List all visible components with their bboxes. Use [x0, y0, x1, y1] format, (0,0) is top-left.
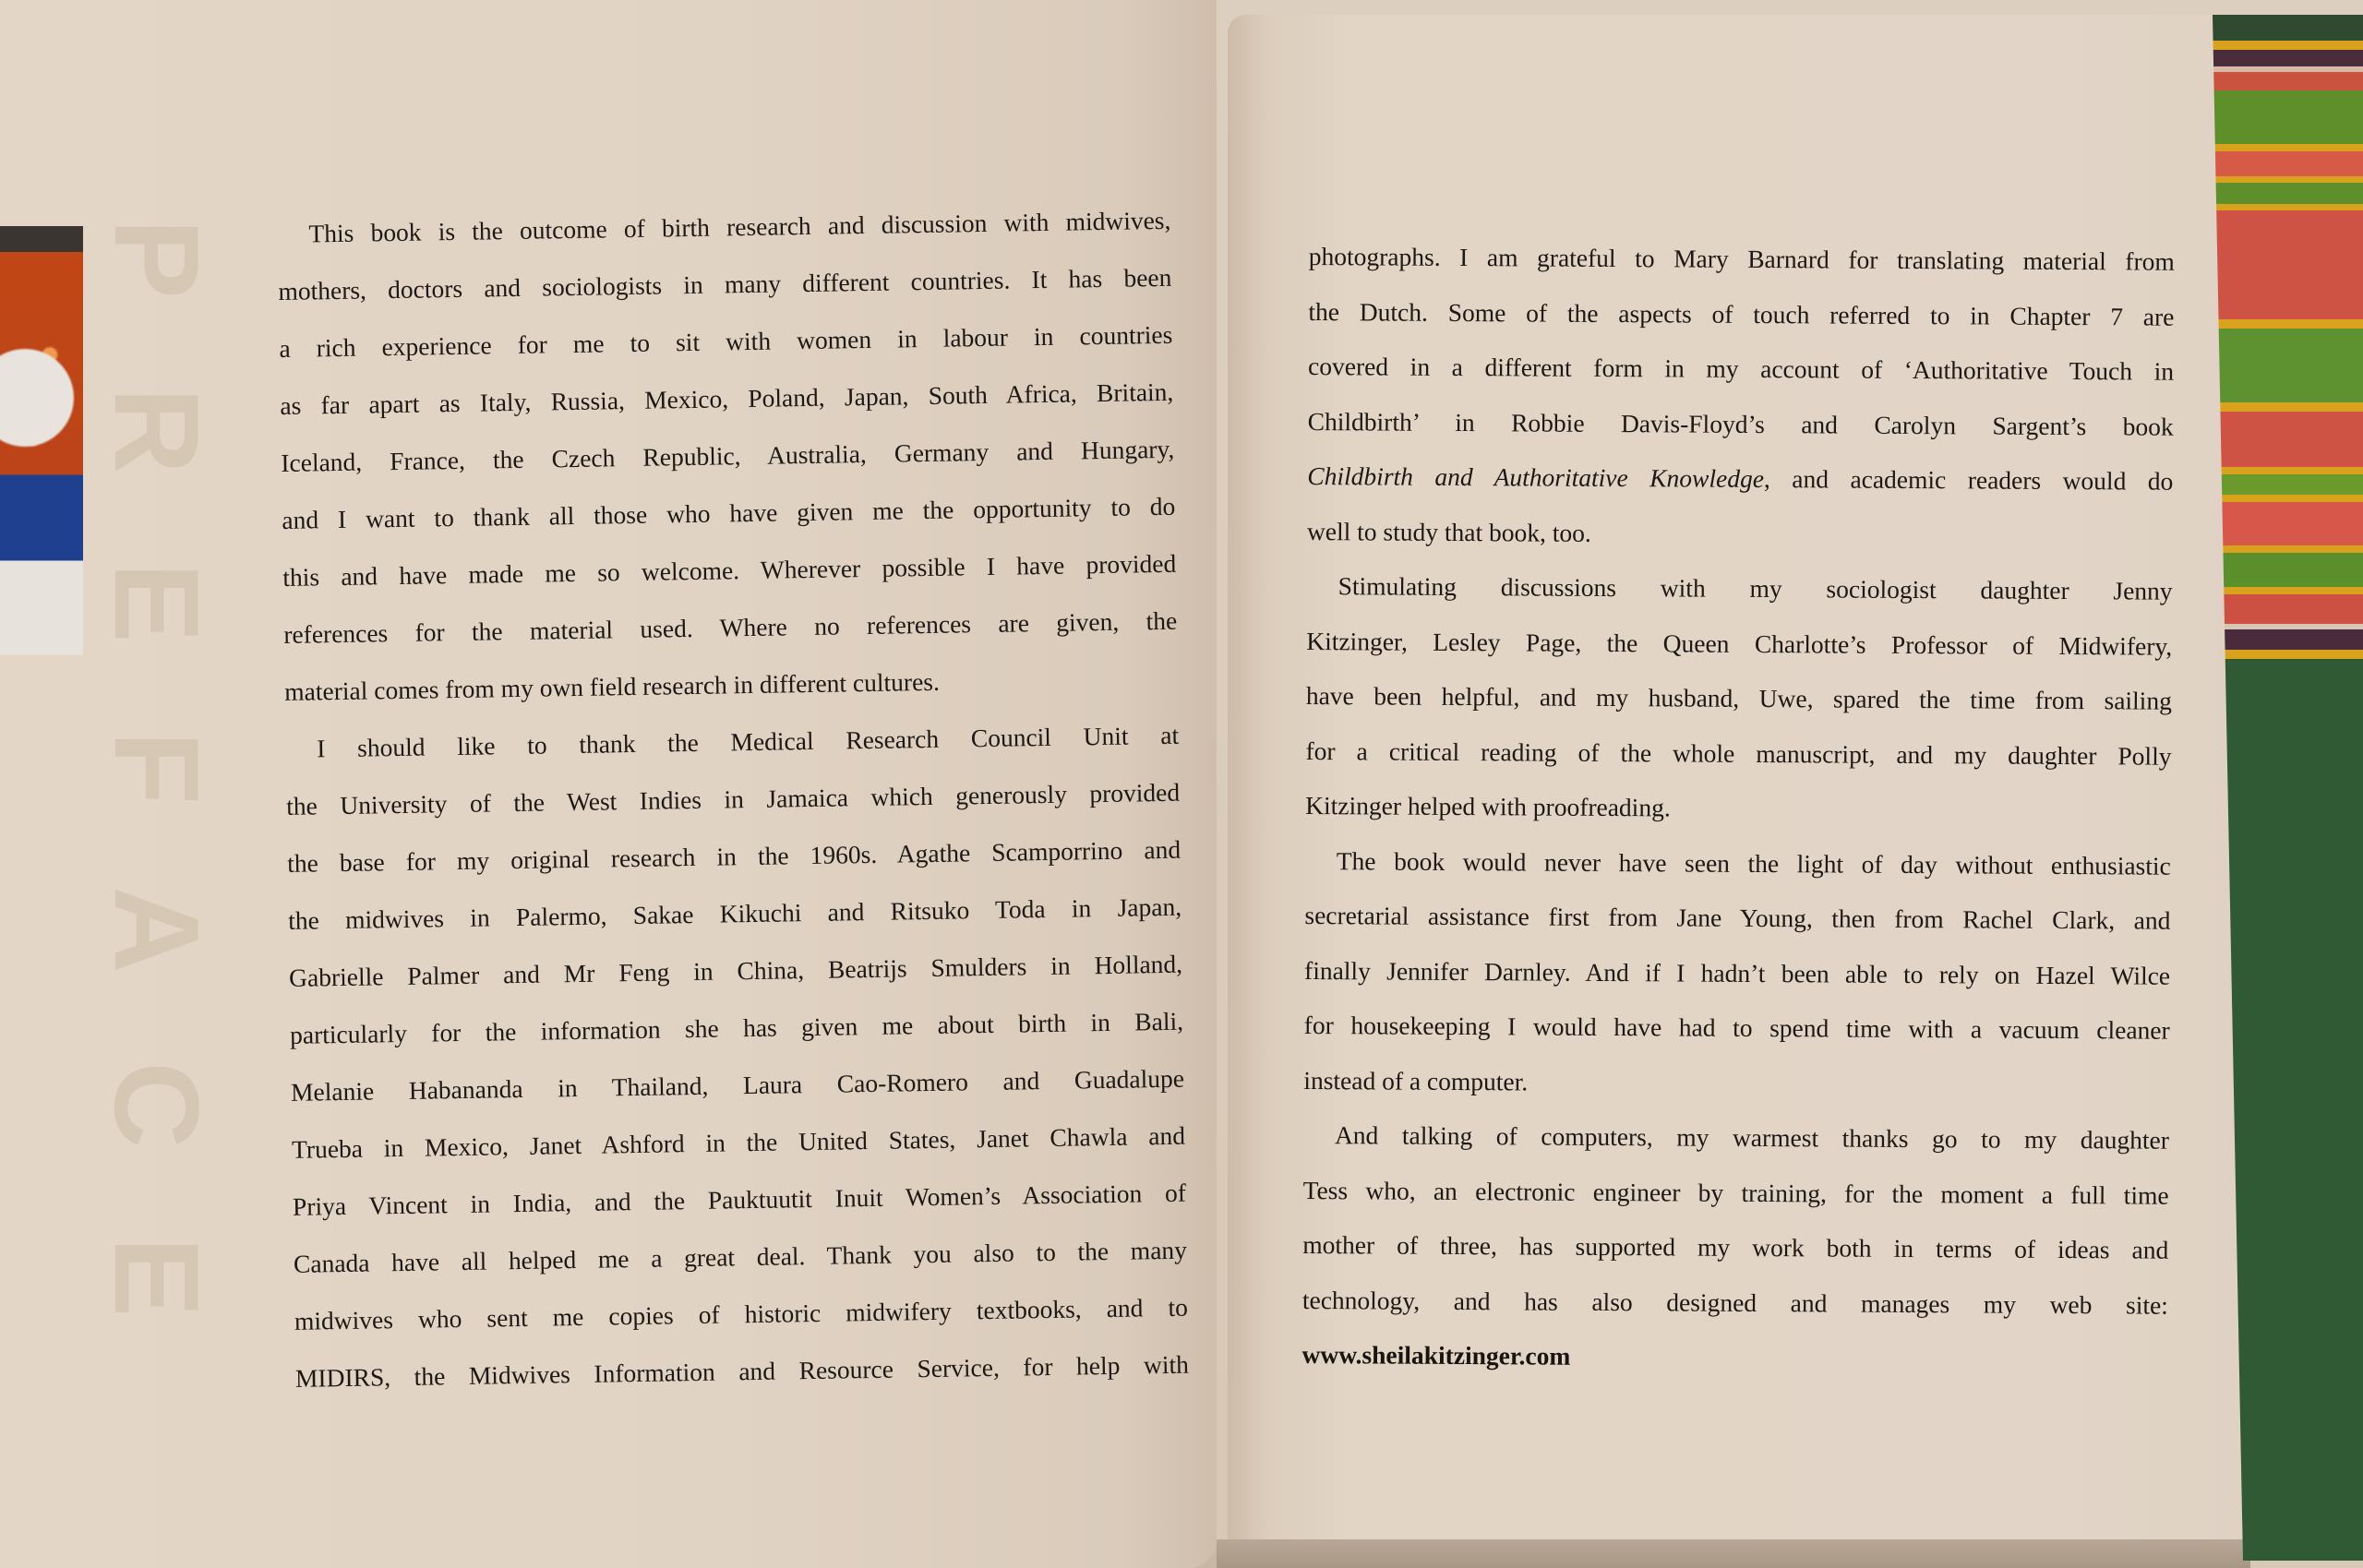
- page-bottom-edge: [1217, 1539, 2250, 1568]
- text-line: Childbirth’ in Robbie Davis-Floyd’s and …: [1308, 393, 2174, 453]
- book-title: Childbirth and Authoritative Knowledge: [1307, 461, 1764, 493]
- text-line: for housekeeping I would have had to spe…: [1304, 998, 2170, 1058]
- text-line: And talking of computers, my warmest tha…: [1303, 1107, 2169, 1167]
- website-link[interactable]: www.sheilakitzinger.com: [1301, 1340, 1570, 1371]
- right-page-text: photographs. I am grateful to Mary Barna…: [1301, 229, 2175, 1387]
- text-line: Tess who, an electronic engineer by trai…: [1302, 1162, 2168, 1222]
- preface-heading: PREFACE: [120, 226, 194, 1398]
- text-line: photographs. I am grateful to Mary Barna…: [1309, 229, 2175, 289]
- text-line: for a critical reading of the whole manu…: [1305, 723, 2171, 783]
- text-line: well to study that book, too.: [1307, 503, 2173, 563]
- text-line: Kitzinger, Lesley Page, the Queen Charlo…: [1306, 613, 2172, 673]
- text-line: secretarial assistance first from Jane Y…: [1304, 888, 2170, 948]
- text-line: covered in a different form in my accoun…: [1308, 339, 2174, 399]
- text-line: have been helpful, and my husband, Uwe, …: [1306, 668, 2172, 728]
- text-line: Stimulating discussions with my sociolog…: [1306, 558, 2172, 618]
- text-line: mother of three, has supported my work b…: [1302, 1217, 2168, 1277]
- manuscript-illustration: [0, 226, 83, 655]
- preface-heading-text: PREFACE: [88, 219, 226, 1406]
- text-line: instead of a computer.: [1303, 1052, 2169, 1112]
- text-line: technology, and has also designed and ma…: [1302, 1272, 2168, 1332]
- text-line: finally Jennifer Darnley. And if I hadn’…: [1304, 942, 2170, 1002]
- text-line: The book would never have seen the light…: [1305, 832, 2171, 892]
- text-line-with-title: Childbirth and Authoritative Knowledge, …: [1307, 449, 2173, 509]
- website-line: www.sheilakitzinger.com: [1301, 1327, 2167, 1387]
- text-line: Kitzinger helped with proofreading.: [1305, 778, 2171, 838]
- book-title-suffix: , and academic readers would do: [1764, 464, 2174, 496]
- left-page-text: This book is the outcome of birth resear…: [277, 192, 1189, 1407]
- text-line: the Dutch. Some of the aspects of touch …: [1308, 283, 2174, 343]
